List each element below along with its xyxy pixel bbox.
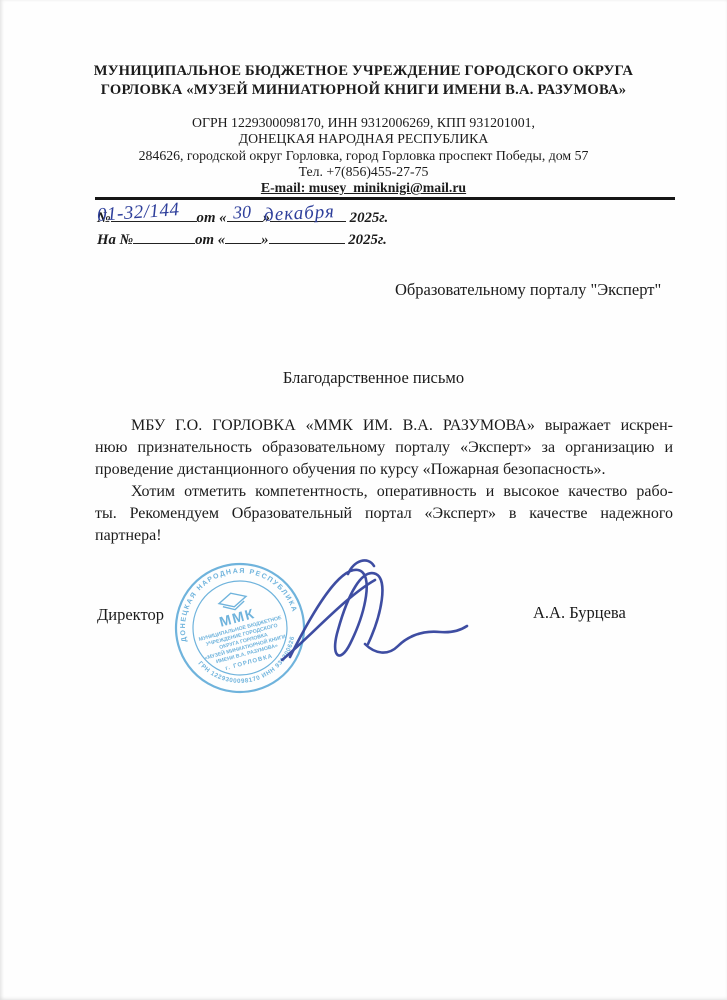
outgoing-number-line: №01-32/144от «30»декабря 2025г. — [97, 207, 388, 229]
day-blank: 30 — [227, 207, 263, 222]
incoming-number-blank — [133, 229, 195, 244]
director-label: Директор — [97, 605, 164, 625]
handwritten-day: 30 — [232, 201, 251, 224]
handwritten-month: декабря — [263, 201, 335, 227]
body-line: Хотим отметить компетентность, оперативн… — [95, 481, 673, 503]
organization-details: ОГРН 1229300098170, ИНН 9312006269, КПП … — [30, 115, 697, 196]
recipient-line: Образовательному порталу "Эксперт" — [395, 280, 661, 300]
incoming-number-line: На №от «» 2025г. — [97, 229, 388, 251]
email-line: E-mail: musey_miniknigi@mail.ru — [30, 180, 697, 196]
handwritten-number: 01-32/144 — [96, 199, 180, 227]
scanned-letter-page: МУНИЦИПАЛЬНОЕ БЮДЖЕТНОЕ УЧРЕЖДЕНИЕ ГОРОД… — [0, 0, 727, 1000]
year-label-2: 2025г. — [348, 232, 387, 248]
year-label: 2025г. — [350, 210, 389, 226]
organization-name: МУНИЦИПАЛЬНОЕ БЮДЖЕТНОЕ УЧРЕЖДЕНИЕ ГОРОД… — [40, 62, 687, 100]
signature — [270, 552, 480, 670]
month-blank: декабря — [270, 207, 346, 222]
incoming-day-blank — [225, 229, 261, 244]
letter-body: МБУ Г.О. ГОРЛОВКА «ММК ИМ. В.А. РАЗУМОВА… — [95, 415, 673, 547]
na-label: На № — [97, 232, 133, 248]
organization-name-line1: МУНИЦИПАЛЬНОЕ БЮДЖЕТНОЕ УЧРЕЖДЕНИЕ ГОРОД… — [40, 62, 687, 81]
organization-name-line2: ГОРЛОВКА «МУЗЕЙ МИНИАТЮРНОЙ КНИГИ ИМЕНИ … — [40, 81, 687, 100]
address-line: 284626, городской округ Горловка, город … — [30, 148, 697, 164]
quote-close-2: » — [261, 232, 268, 248]
from-label: от « — [197, 210, 227, 226]
reference-block: №01-32/144от «30»декабря 2025г. На №от «… — [97, 207, 388, 251]
signer-name: А.А. Бурцева — [533, 603, 626, 623]
body-line: ты. Рекомендуем Образовательный портал «… — [95, 503, 673, 525]
body-line: МБУ Г.О. ГОРЛОВКА «ММК ИМ. В.А. РАЗУМОВА… — [95, 415, 673, 437]
phone-line: Тел. +7(856)455-27-75 — [30, 164, 697, 180]
body-line: нюю признательность образовательному пор… — [95, 437, 673, 459]
from-label-2: от « — [195, 232, 225, 248]
republic-line: ДОНЕЦКАЯ НАРОДНАЯ РЕСПУБЛИКА — [30, 131, 697, 147]
outgoing-number-blank: 01-32/144 — [111, 207, 197, 222]
body-line: проведение дистанционного обучения по ку… — [95, 459, 673, 481]
ogrn-line: ОГРН 1229300098170, ИНН 9312006269, КПП … — [30, 115, 697, 131]
body-line: партнера! — [95, 525, 673, 547]
paragraph: МБУ Г.О. ГОРЛОВКА «ММК ИМ. В.А. РАЗУМОВА… — [95, 415, 673, 481]
letter-title: Благодарственное письмо — [30, 368, 717, 388]
incoming-month-blank — [269, 229, 345, 244]
paragraph: Хотим отметить компетентность, оперативн… — [95, 481, 673, 547]
letterhead-divider-rule — [95, 197, 675, 200]
